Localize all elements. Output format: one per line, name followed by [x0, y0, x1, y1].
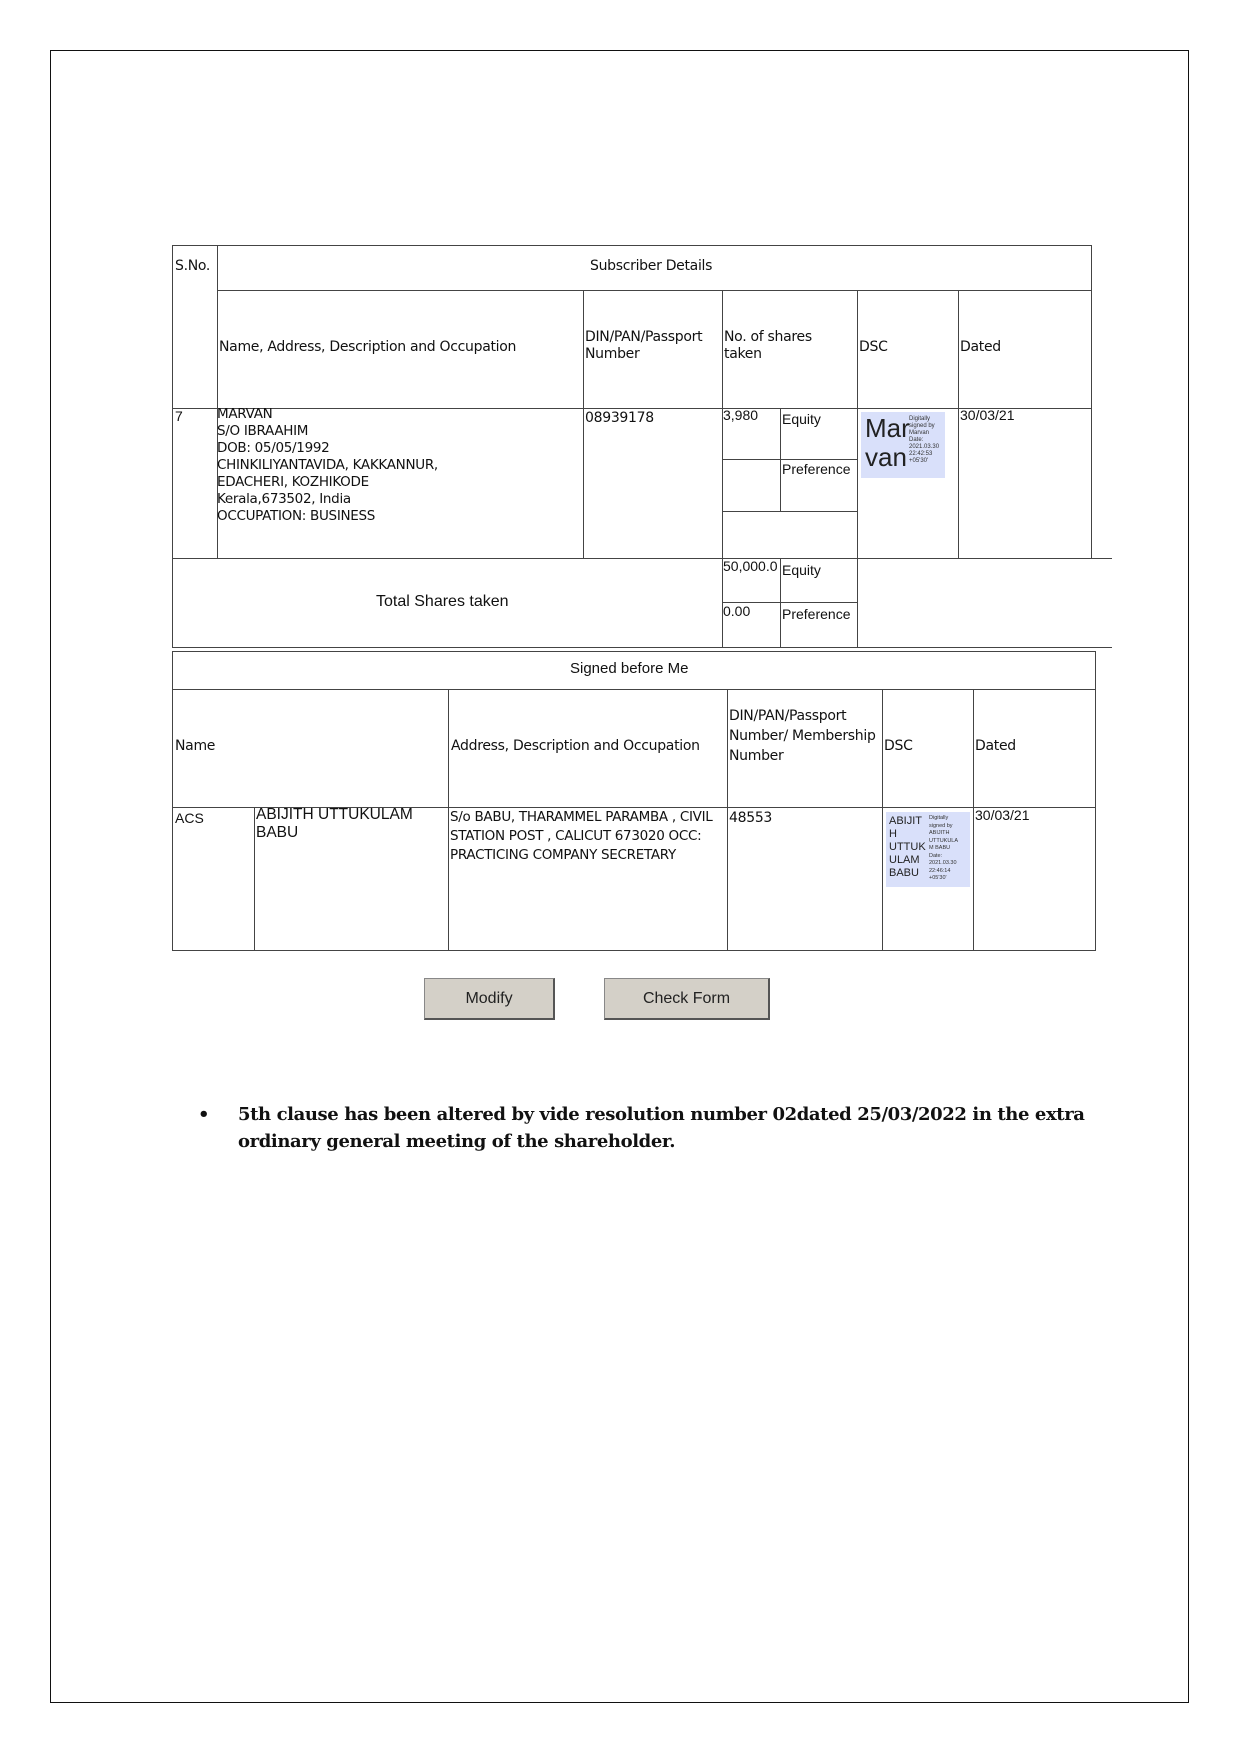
col-header-shares: No. of shares taken — [724, 329, 819, 363]
check-form-button[interactable]: Check Form — [604, 978, 770, 1020]
witness-dated: 30/03/21 — [975, 807, 1030, 823]
witness-membership: 48553 — [729, 810, 772, 827]
subscriber-dated: 30/03/21 — [960, 407, 1015, 423]
bullet-icon: • — [198, 1101, 209, 1128]
preference-label: Preference — [782, 461, 850, 477]
witness-col-header-dated: Dated — [975, 738, 1016, 755]
subscriber-address-line3: Kerala,673502, India — [217, 491, 438, 508]
witness-col-header-name: Name — [175, 738, 215, 755]
total-equity-label: Equity — [782, 562, 821, 578]
page-frame — [50, 50, 1189, 1703]
subscriber-dob: DOB: 05/05/1992 — [217, 440, 438, 457]
modify-button[interactable]: Modify — [424, 978, 555, 1020]
witness-digital-signature: ABIJIT H UTTUK ULAM BABU Digitally signe… — [886, 812, 970, 887]
equity-label: Equity — [782, 411, 821, 427]
equity-shares: 3,980 — [723, 407, 758, 423]
subscriber-details: MARVAN S/O IBRAAHIM DOB: 05/05/1992 CHIN… — [217, 406, 438, 525]
subscriber-din: 08939178 — [585, 410, 654, 427]
col-header-name: Name, Address, Description and Occupatio… — [219, 339, 516, 356]
table-title: Subscriber Details — [590, 258, 712, 275]
total-shares-label: Total Shares taken — [376, 594, 509, 610]
total-preference: 0.00 — [723, 603, 750, 619]
col-header-sno: S.No. — [175, 258, 210, 275]
col-header-din: DIN/PAN/Passport Number — [585, 329, 725, 363]
subscriber-name: MARVAN — [217, 406, 438, 423]
amendment-note: 5th clause has been altered by vide reso… — [238, 1101, 1118, 1155]
subscriber-digital-signature: Mar van Digitally signed by Marvan Date:… — [861, 412, 945, 478]
col-header-dsc: DSC — [859, 339, 888, 356]
subscriber-address-line1: CHINKILIYANTAVIDA, KAKKANNUR, — [217, 457, 438, 474]
col-header-dated: Dated — [960, 339, 1001, 356]
witness-prefix: ACS — [175, 810, 204, 826]
witness-col-header-dsc: DSC — [884, 738, 913, 755]
witness-name: ABIJITH UTTUKULAM BABU — [256, 806, 446, 842]
witness-col-header-address: Address, Description and Occupation — [451, 738, 700, 755]
witness-col-header-din: DIN/PAN/Passport Number/ Membership Numb… — [729, 706, 879, 766]
subscriber-parent: S/O IBRAAHIM — [217, 423, 438, 440]
subscriber-address-line2: EDACHERI, KOZHIKODE — [217, 474, 438, 491]
witness-address: S/o BABU, THARAMMEL PARAMBA , CIVIL STAT… — [450, 808, 712, 865]
total-preference-label: Preference — [782, 606, 850, 622]
row-sno: 7 — [175, 408, 183, 424]
subscriber-occupation: OCCUPATION: BUSINESS — [217, 508, 438, 525]
total-equity: 50,000.0 — [723, 558, 778, 574]
witness-table-title: Signed before Me — [570, 661, 688, 677]
